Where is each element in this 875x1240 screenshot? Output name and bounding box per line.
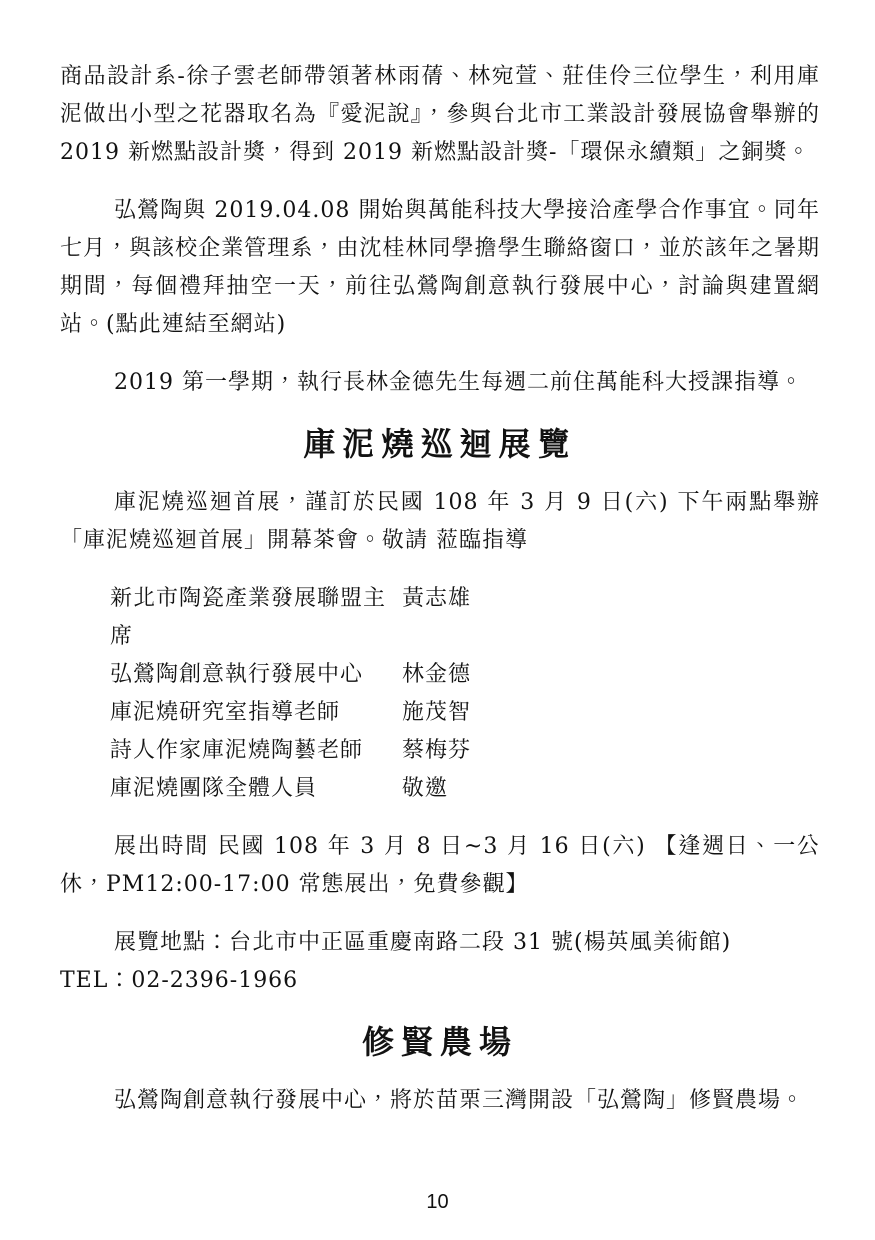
website-link[interactable]: (點此連結至網站) xyxy=(106,312,286,337)
paragraph-exhibition-time: 展出時間 民國 108 年 3 月 8 日~3 月 16 日(六) 【逢週日、一… xyxy=(60,828,820,904)
paragraph-exhibition-location: 展覽地點：台北市中正區重慶南路二段 31 號(楊英風美術館) xyxy=(60,924,820,962)
guest-row: 庫泥燒研究室指導老師 施茂智 xyxy=(110,694,820,732)
paragraph-university-cooperation: 弘鶯陶與 2019.04.08 開始與萬能科技大學接洽產學合作事宜。同年七月，與… xyxy=(60,192,820,344)
document-page: 商品設計系-徐子雲老師帶領著林雨蒨、林宛萱、莊佳伶三位學生，利用庫泥做出小型之花… xyxy=(0,0,875,1240)
paragraph-exhibition-tel: TEL：02-2396-1966 xyxy=(60,962,820,1000)
section-heading-farm: 修賢農場 xyxy=(60,1020,820,1064)
guest-name: 蔡梅芬 xyxy=(402,732,471,770)
guest-row: 新北市陶瓷產業發展聯盟主席 黃志雄 xyxy=(110,580,820,656)
guest-list: 新北市陶瓷產業發展聯盟主席 黃志雄 弘鶯陶創意執行發展中心 林金德 庫泥燒研究室… xyxy=(110,580,820,808)
guest-title: 詩人作家庫泥燒陶藝老師 xyxy=(110,732,402,770)
paragraph-exhibition-intro: 庫泥燒巡迴首展，謹訂於民國 108 年 3 月 9 日(六) 下午兩點舉辦「庫泥… xyxy=(60,484,820,560)
guest-row: 弘鶯陶創意執行發展中心 林金德 xyxy=(110,656,820,694)
guest-name: 敬邀 xyxy=(402,770,448,808)
page-number: 10 xyxy=(0,1191,875,1214)
guest-title: 庫泥燒團隊全體人員 xyxy=(110,770,402,808)
paragraph-semester-teaching: 2019 第一學期，執行長林金德先生每週二前住萬能科大授課指導。 xyxy=(60,364,820,402)
guest-row: 庫泥燒團隊全體人員 敬邀 xyxy=(110,770,820,808)
section-heading-exhibition: 庫泥燒巡迴展覽 xyxy=(60,422,820,466)
guest-name: 黃志雄 xyxy=(402,580,471,656)
paragraph-farm: 弘鶯陶創意執行發展中心，將於苗栗三灣開設「弘鶯陶」修賢農場。 xyxy=(60,1082,820,1120)
guest-row: 詩人作家庫泥燒陶藝老師 蔡梅芬 xyxy=(110,732,820,770)
guest-title: 弘鶯陶創意執行發展中心 xyxy=(110,656,402,694)
guest-name: 施茂智 xyxy=(402,694,471,732)
paragraph-design-award: 商品設計系-徐子雲老師帶領著林雨蒨、林宛萱、莊佳伶三位學生，利用庫泥做出小型之花… xyxy=(60,58,820,172)
guest-name: 林金德 xyxy=(402,656,471,694)
guest-title: 庫泥燒研究室指導老師 xyxy=(110,694,402,732)
guest-title: 新北市陶瓷產業發展聯盟主席 xyxy=(110,580,402,656)
